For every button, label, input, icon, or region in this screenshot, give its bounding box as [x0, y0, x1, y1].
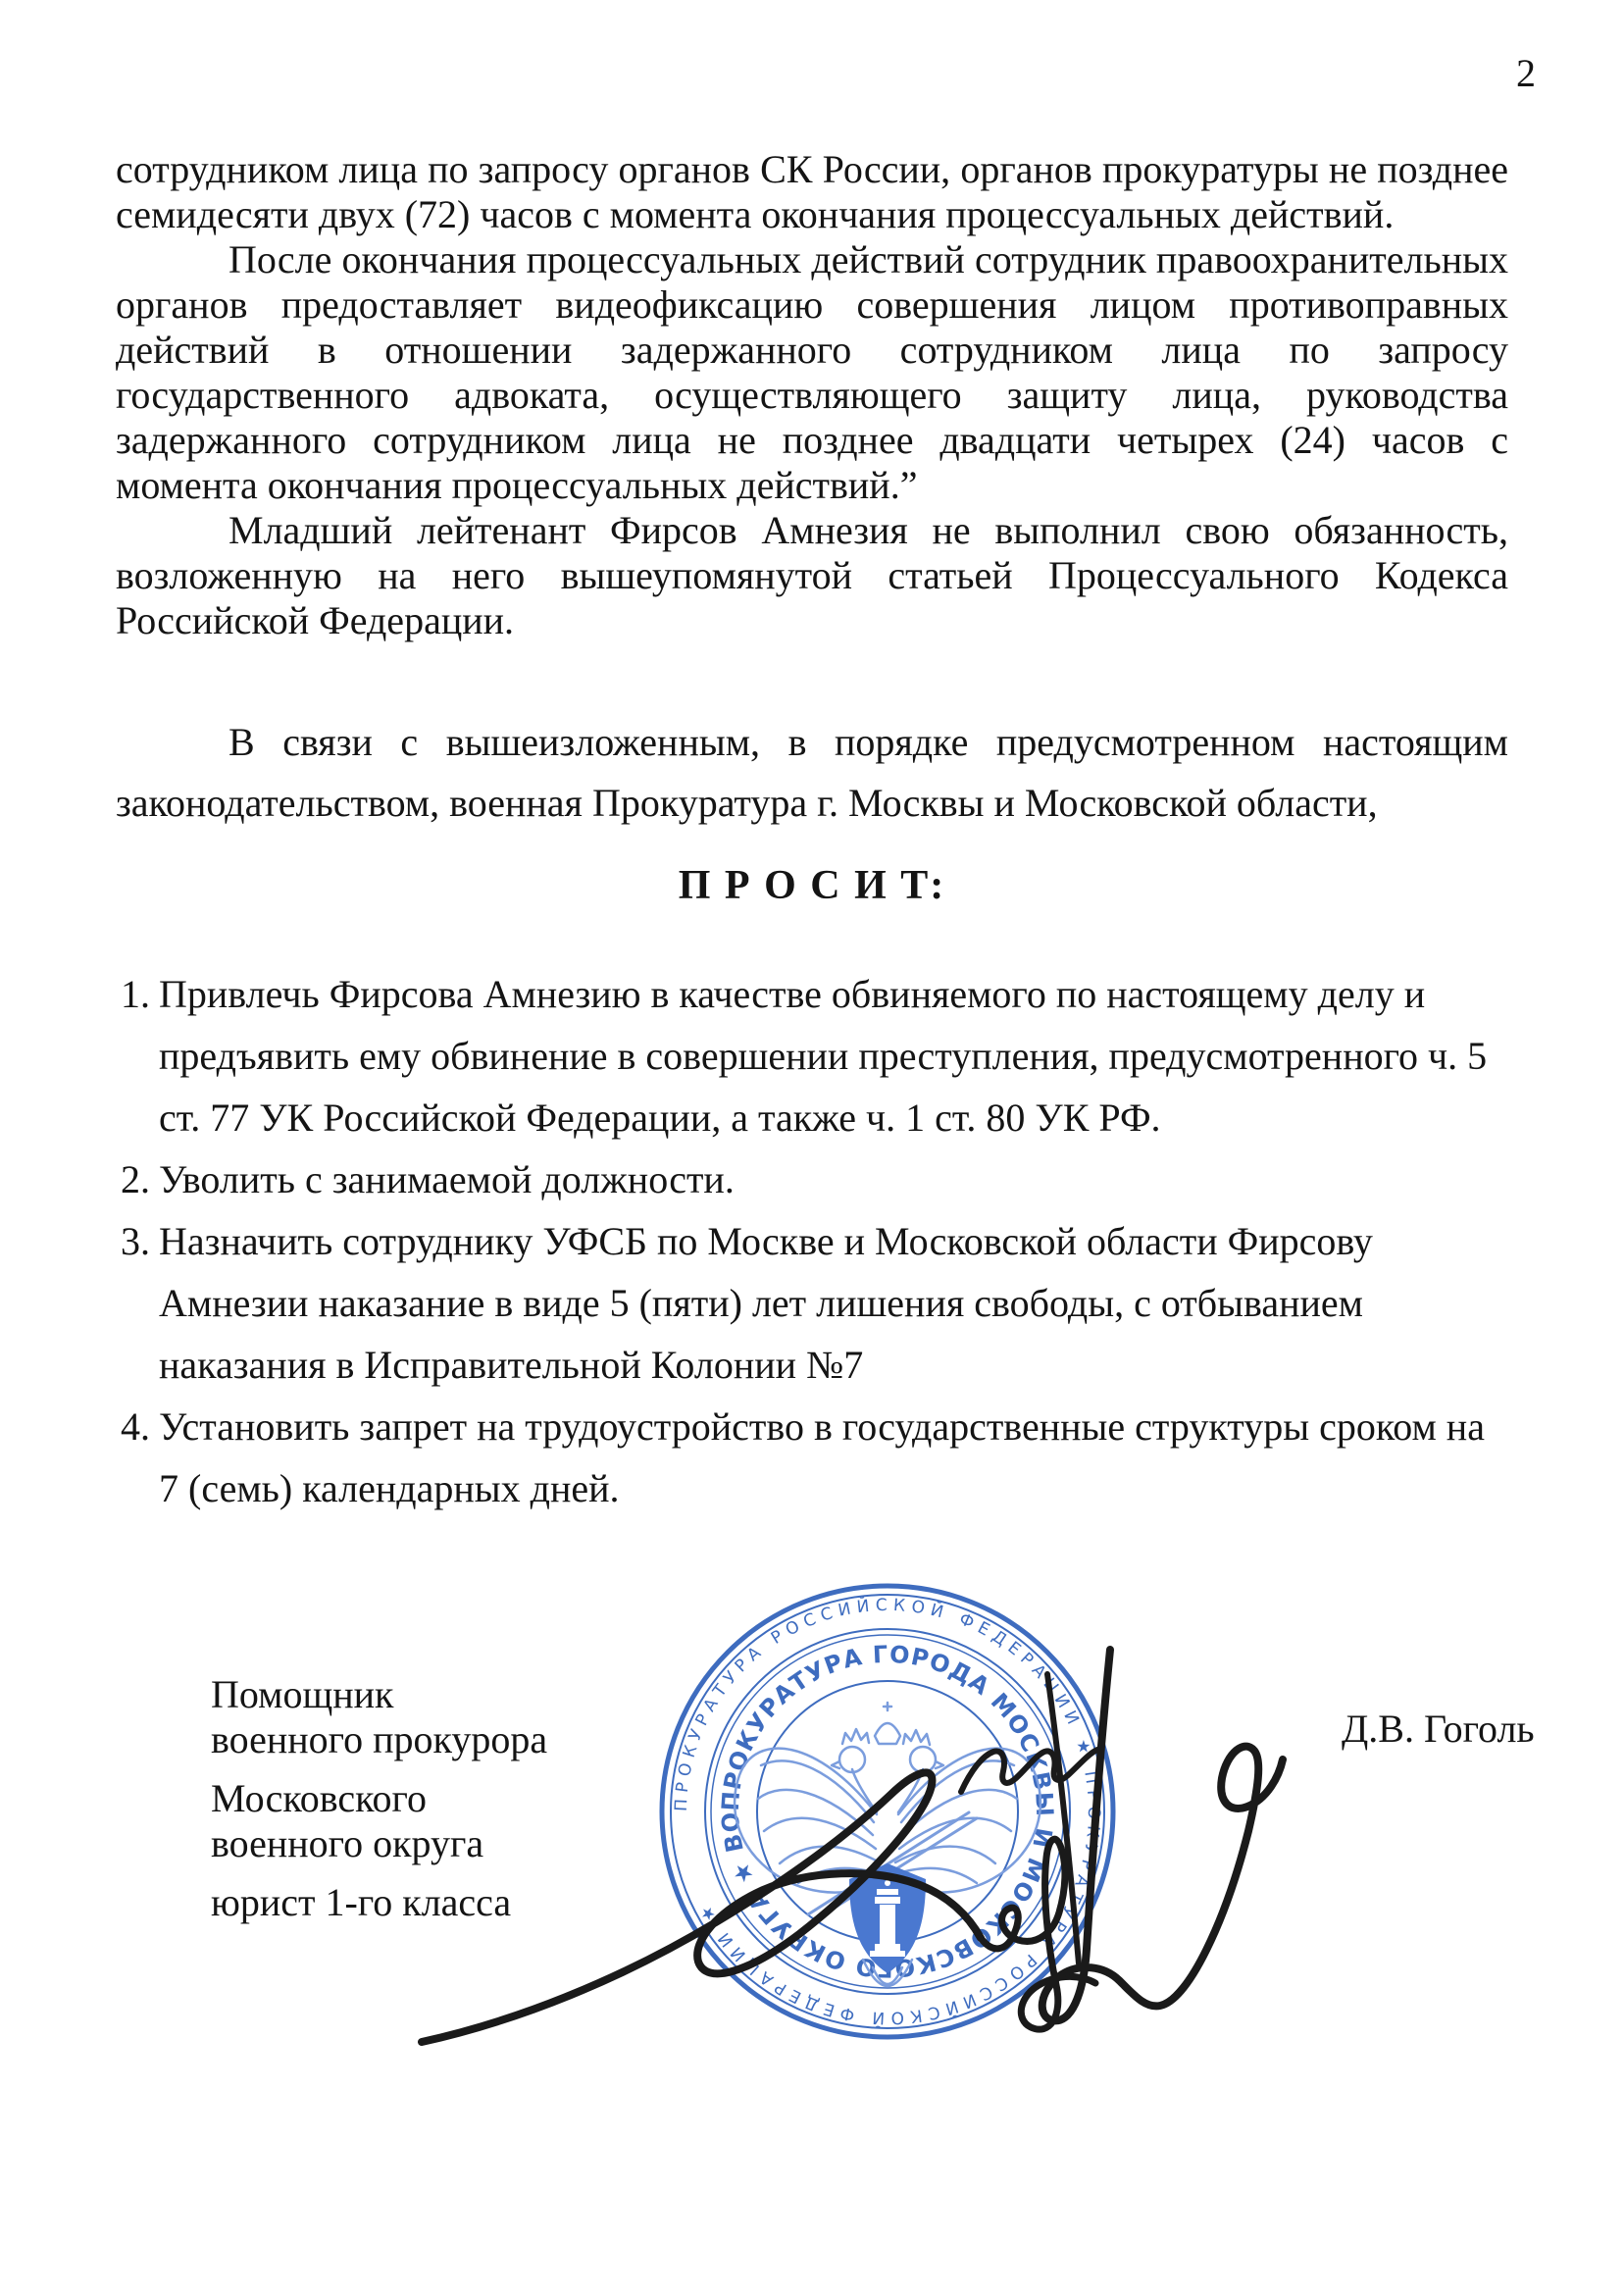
list-item-number: 3. [116, 1210, 159, 1396]
requests-heading: П Р О С И Т: [116, 861, 1508, 910]
list-item-number: 2. [116, 1148, 159, 1210]
paragraph-continuation: сотрудником лица по запросу органов СК Р… [116, 147, 1508, 237]
paragraph-in-connection: В связи с вышеизложенным, в порядке пред… [116, 712, 1508, 834]
list-item-number: 1. [116, 963, 159, 1148]
list-item-text: Привлечь Фирсова Амнезию в качестве обви… [159, 963, 1508, 1148]
handwritten-signature [412, 1620, 1294, 2062]
requests-list: 1. Привлечь Фирсова Амнезию в качестве о… [116, 963, 1508, 1519]
paragraph-lieutenant: Младший лейтенант Фирсов Амнезия не выпо… [116, 508, 1508, 643]
signature-stroke-bumps [961, 1750, 1097, 1792]
list-item-text: Уволить с занимаемой должности. [159, 1148, 1508, 1210]
paragraph-after-actions: После окончания процессуальных действий … [116, 237, 1508, 508]
list-item: 4. Установить запрет на трудоустройство … [116, 1396, 1508, 1519]
list-item-number: 4. [116, 1396, 159, 1519]
list-item-text: Назначить сотруднику УФСБ по Москве и Мо… [159, 1210, 1508, 1396]
signature-stroke-loop [422, 1772, 981, 2042]
list-item-text: Установить запрет на трудоустройство в г… [159, 1396, 1508, 1519]
page-number: 2 [1516, 54, 1536, 93]
signature-stroke-flourish [1042, 1650, 1283, 2020]
signature-stroke-cross [1047, 1674, 1079, 1963]
list-item: 3. Назначить сотруднику УФСБ по Москве и… [116, 1210, 1508, 1396]
list-item: 2. Уволить с занимаемой должности. [116, 1148, 1508, 1210]
document-body: сотрудником лица по запросу органов СК Р… [116, 147, 1508, 1519]
signatory-name: Д.В. Гоголь [1342, 1707, 1535, 1752]
document-page: 2 сотрудником лица по запросу органов СК… [0, 0, 1624, 2294]
list-item: 1. Привлечь Фирсова Амнезию в качестве о… [116, 963, 1508, 1148]
